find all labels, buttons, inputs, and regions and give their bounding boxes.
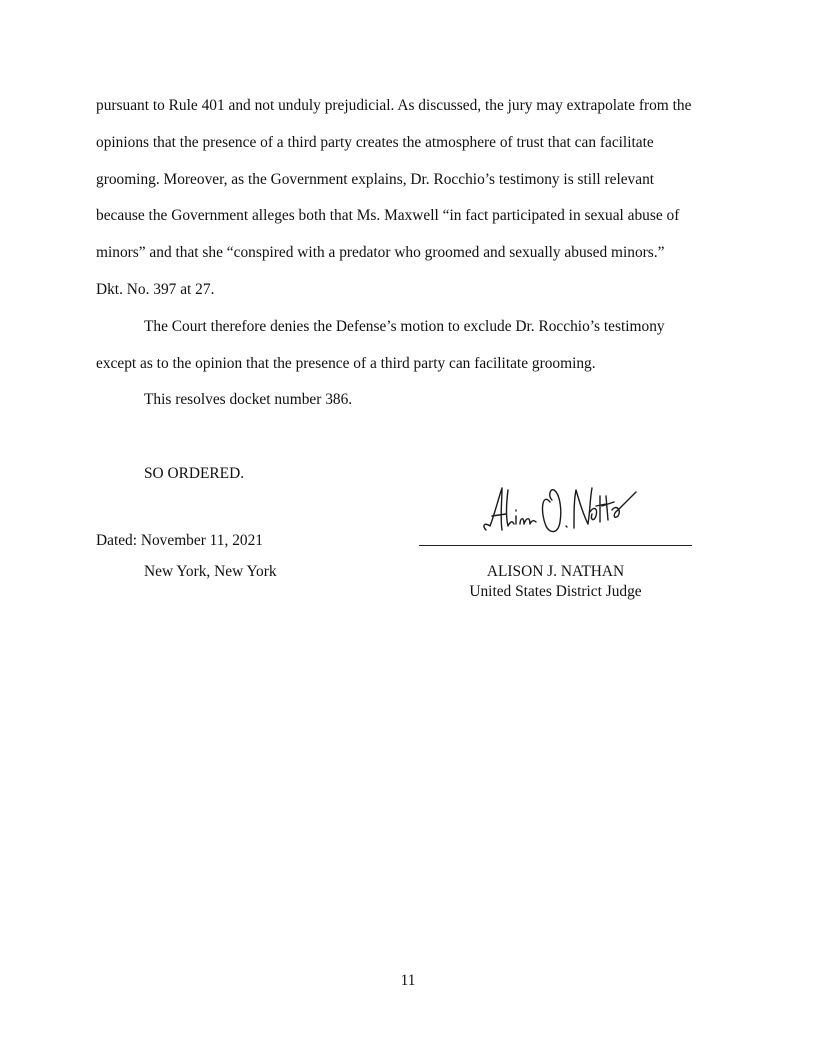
location-line: New York, New York — [144, 563, 277, 581]
body-line: grooming. Moreover, as the Government ex… — [96, 171, 654, 189]
dated-line: Dated: November 11, 2021 — [96, 532, 263, 550]
body-line: pursuant to Rule 401 and not unduly prej… — [96, 97, 691, 115]
body-line: opinions that the presence of a third pa… — [96, 134, 654, 152]
body-line: except as to the opinion that the presen… — [96, 355, 596, 373]
signature-line — [419, 545, 692, 546]
judge-title: United States District Judge — [419, 583, 692, 601]
judge-name: ALISON J. NATHAN — [419, 563, 692, 581]
body-line: This resolves docket number 386. — [144, 391, 352, 409]
body-line: minors” and that she “conspired with a p… — [96, 244, 664, 262]
so-ordered: SO ORDERED. — [144, 465, 244, 483]
body-line: Dkt. No. 397 at 27. — [96, 281, 214, 299]
signature-image — [478, 482, 638, 540]
page-number: 11 — [0, 972, 816, 990]
body-line: because the Government alleges both that… — [96, 207, 679, 225]
body-line: The Court therefore denies the Defense’s… — [144, 318, 665, 336]
